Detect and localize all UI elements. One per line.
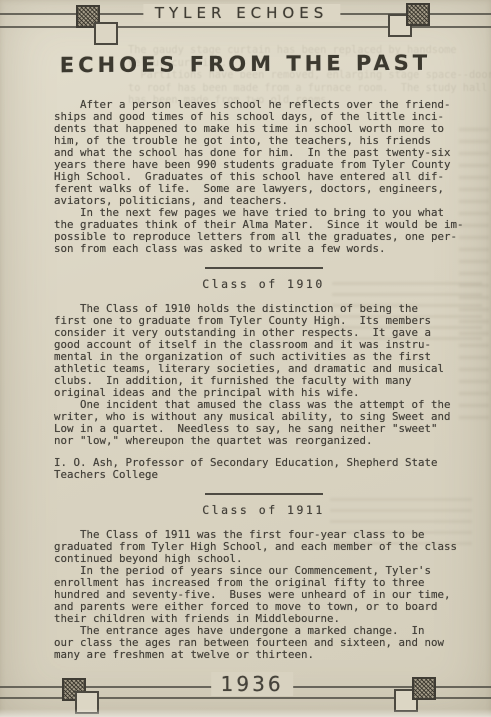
section-divider: [205, 493, 323, 495]
year-label: 1936: [211, 672, 294, 696]
section-body-1910: The Class of 1910 holds the distinction …: [54, 303, 473, 447]
section-heading-1910: Class of 1910: [54, 277, 473, 291]
corner-ornament-bottom-left: [56, 674, 108, 717]
page-footer: 1936: [0, 674, 491, 717]
corner-ornament-top-right: [382, 0, 434, 46]
corner-ornament-bottom-right: [388, 674, 440, 717]
scanned-yearbook-page: The gaudy stage curtain has been replace…: [0, 0, 491, 717]
outline-square-icon: [94, 22, 118, 45]
masthead-title: TYLER ECHOES: [143, 4, 340, 22]
section-heading-1911: Class of 1911: [54, 503, 473, 517]
outline-square-icon: [75, 691, 99, 714]
filled-square-icon: [406, 3, 430, 26]
page-header: TYLER ECHOES: [0, 0, 491, 52]
intro-paragraphs: After a person leaves school he reflects…: [54, 99, 473, 255]
attribution-1910: I. O. Ash, Professor of Secondary Educat…: [54, 457, 473, 481]
section-divider: [205, 267, 323, 269]
section-body-1911: The Class of 1911 was the first four-yea…: [54, 529, 473, 661]
corner-ornament-top-left: [72, 2, 124, 48]
page-title: ECHOES FROM THE PAST: [0, 50, 491, 77]
filled-square-icon: [412, 677, 436, 700]
article-body: After a person leaves school he reflects…: [54, 99, 473, 661]
